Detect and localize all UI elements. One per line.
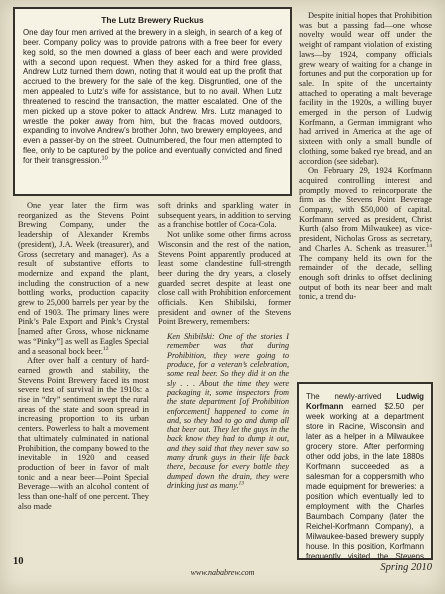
paragraph-korfmann-acquisition-rest: The company held its own for the remaind… bbox=[299, 254, 432, 302]
lutz-sidebar-box: The Lutz Brewery Ruckus One day four men… bbox=[13, 7, 292, 196]
korfmann-box-lead-text: The newly-arrived bbox=[306, 392, 396, 401]
paragraph-soft-drinks-text: soft drinks and sparkling water in subse… bbox=[158, 201, 291, 229]
paragraph-prohibition-onset-text: After over half a century of hard-earned… bbox=[18, 356, 149, 511]
column-right: Despite initial hopes that Prohibition w… bbox=[299, 11, 432, 383]
paragraph-reorganization-text: One year later the firm was reorganized … bbox=[18, 201, 149, 356]
paragraph-clandestine-beer-text: Not unlike some other firms across Wisco… bbox=[158, 230, 291, 326]
korfmann-sidebar-box: The newly-arrived Ludwig Korfmann earned… bbox=[297, 382, 433, 560]
column-middle: soft drinks and sparkling water in subse… bbox=[158, 201, 291, 555]
magazine-page: The Lutz Brewery Ruckus One day four men… bbox=[0, 0, 445, 594]
footnote-ref-10: 10 bbox=[102, 155, 108, 161]
paragraph-reorganization: One year later the firm was reorganized … bbox=[18, 201, 149, 356]
korfmann-box-body: The newly-arrived Ludwig Korfmann earned… bbox=[306, 392, 424, 560]
footer-issue-date: Spring 2010 bbox=[380, 562, 432, 573]
paragraph-clandestine-beer: Not unlike some other firms across Wisco… bbox=[158, 230, 291, 327]
footnote-ref-13: 13 bbox=[239, 480, 245, 486]
korfmann-box-rest-text: earned $2.50 per week working at a depar… bbox=[306, 402, 424, 560]
paragraph-prohibition-onset: After over half a century of hard-earned… bbox=[18, 356, 149, 511]
footer-page-number: 10 bbox=[13, 556, 24, 567]
paragraph-korfmann-acquisition-text: On February 29, 1924 Korfmann acquired c… bbox=[299, 166, 432, 253]
paragraph-soft-drinks: soft drinks and sparkling water in subse… bbox=[158, 201, 291, 230]
lutz-box-body: One day four men arrived at the brewery … bbox=[23, 28, 282, 166]
shibilski-blockquote: Ken Shibilski: One of the stories I reme… bbox=[167, 332, 289, 490]
shibilski-blockquote-text: Ken Shibilski: One of the stories I reme… bbox=[167, 332, 289, 490]
column-left: One year later the firm was reorganized … bbox=[18, 201, 149, 555]
lutz-box-body-text: One day four men arrived at the brewery … bbox=[23, 28, 282, 165]
paragraph-korfmann-acquisition: On February 29, 1924 Korfmann acquired c… bbox=[299, 166, 432, 302]
lutz-box-title: The Lutz Brewery Ruckus bbox=[23, 15, 282, 25]
paragraph-sale-of-company: Despite initial hopes that Prohibition w… bbox=[299, 11, 432, 166]
footnote-ref-12: 12 bbox=[103, 346, 109, 352]
footer-website: www.nababrew.com bbox=[0, 568, 445, 577]
footnote-ref-14: 14 bbox=[426, 243, 432, 249]
paragraph-sale-of-company-text: Despite initial hopes that Prohibition w… bbox=[299, 11, 432, 166]
